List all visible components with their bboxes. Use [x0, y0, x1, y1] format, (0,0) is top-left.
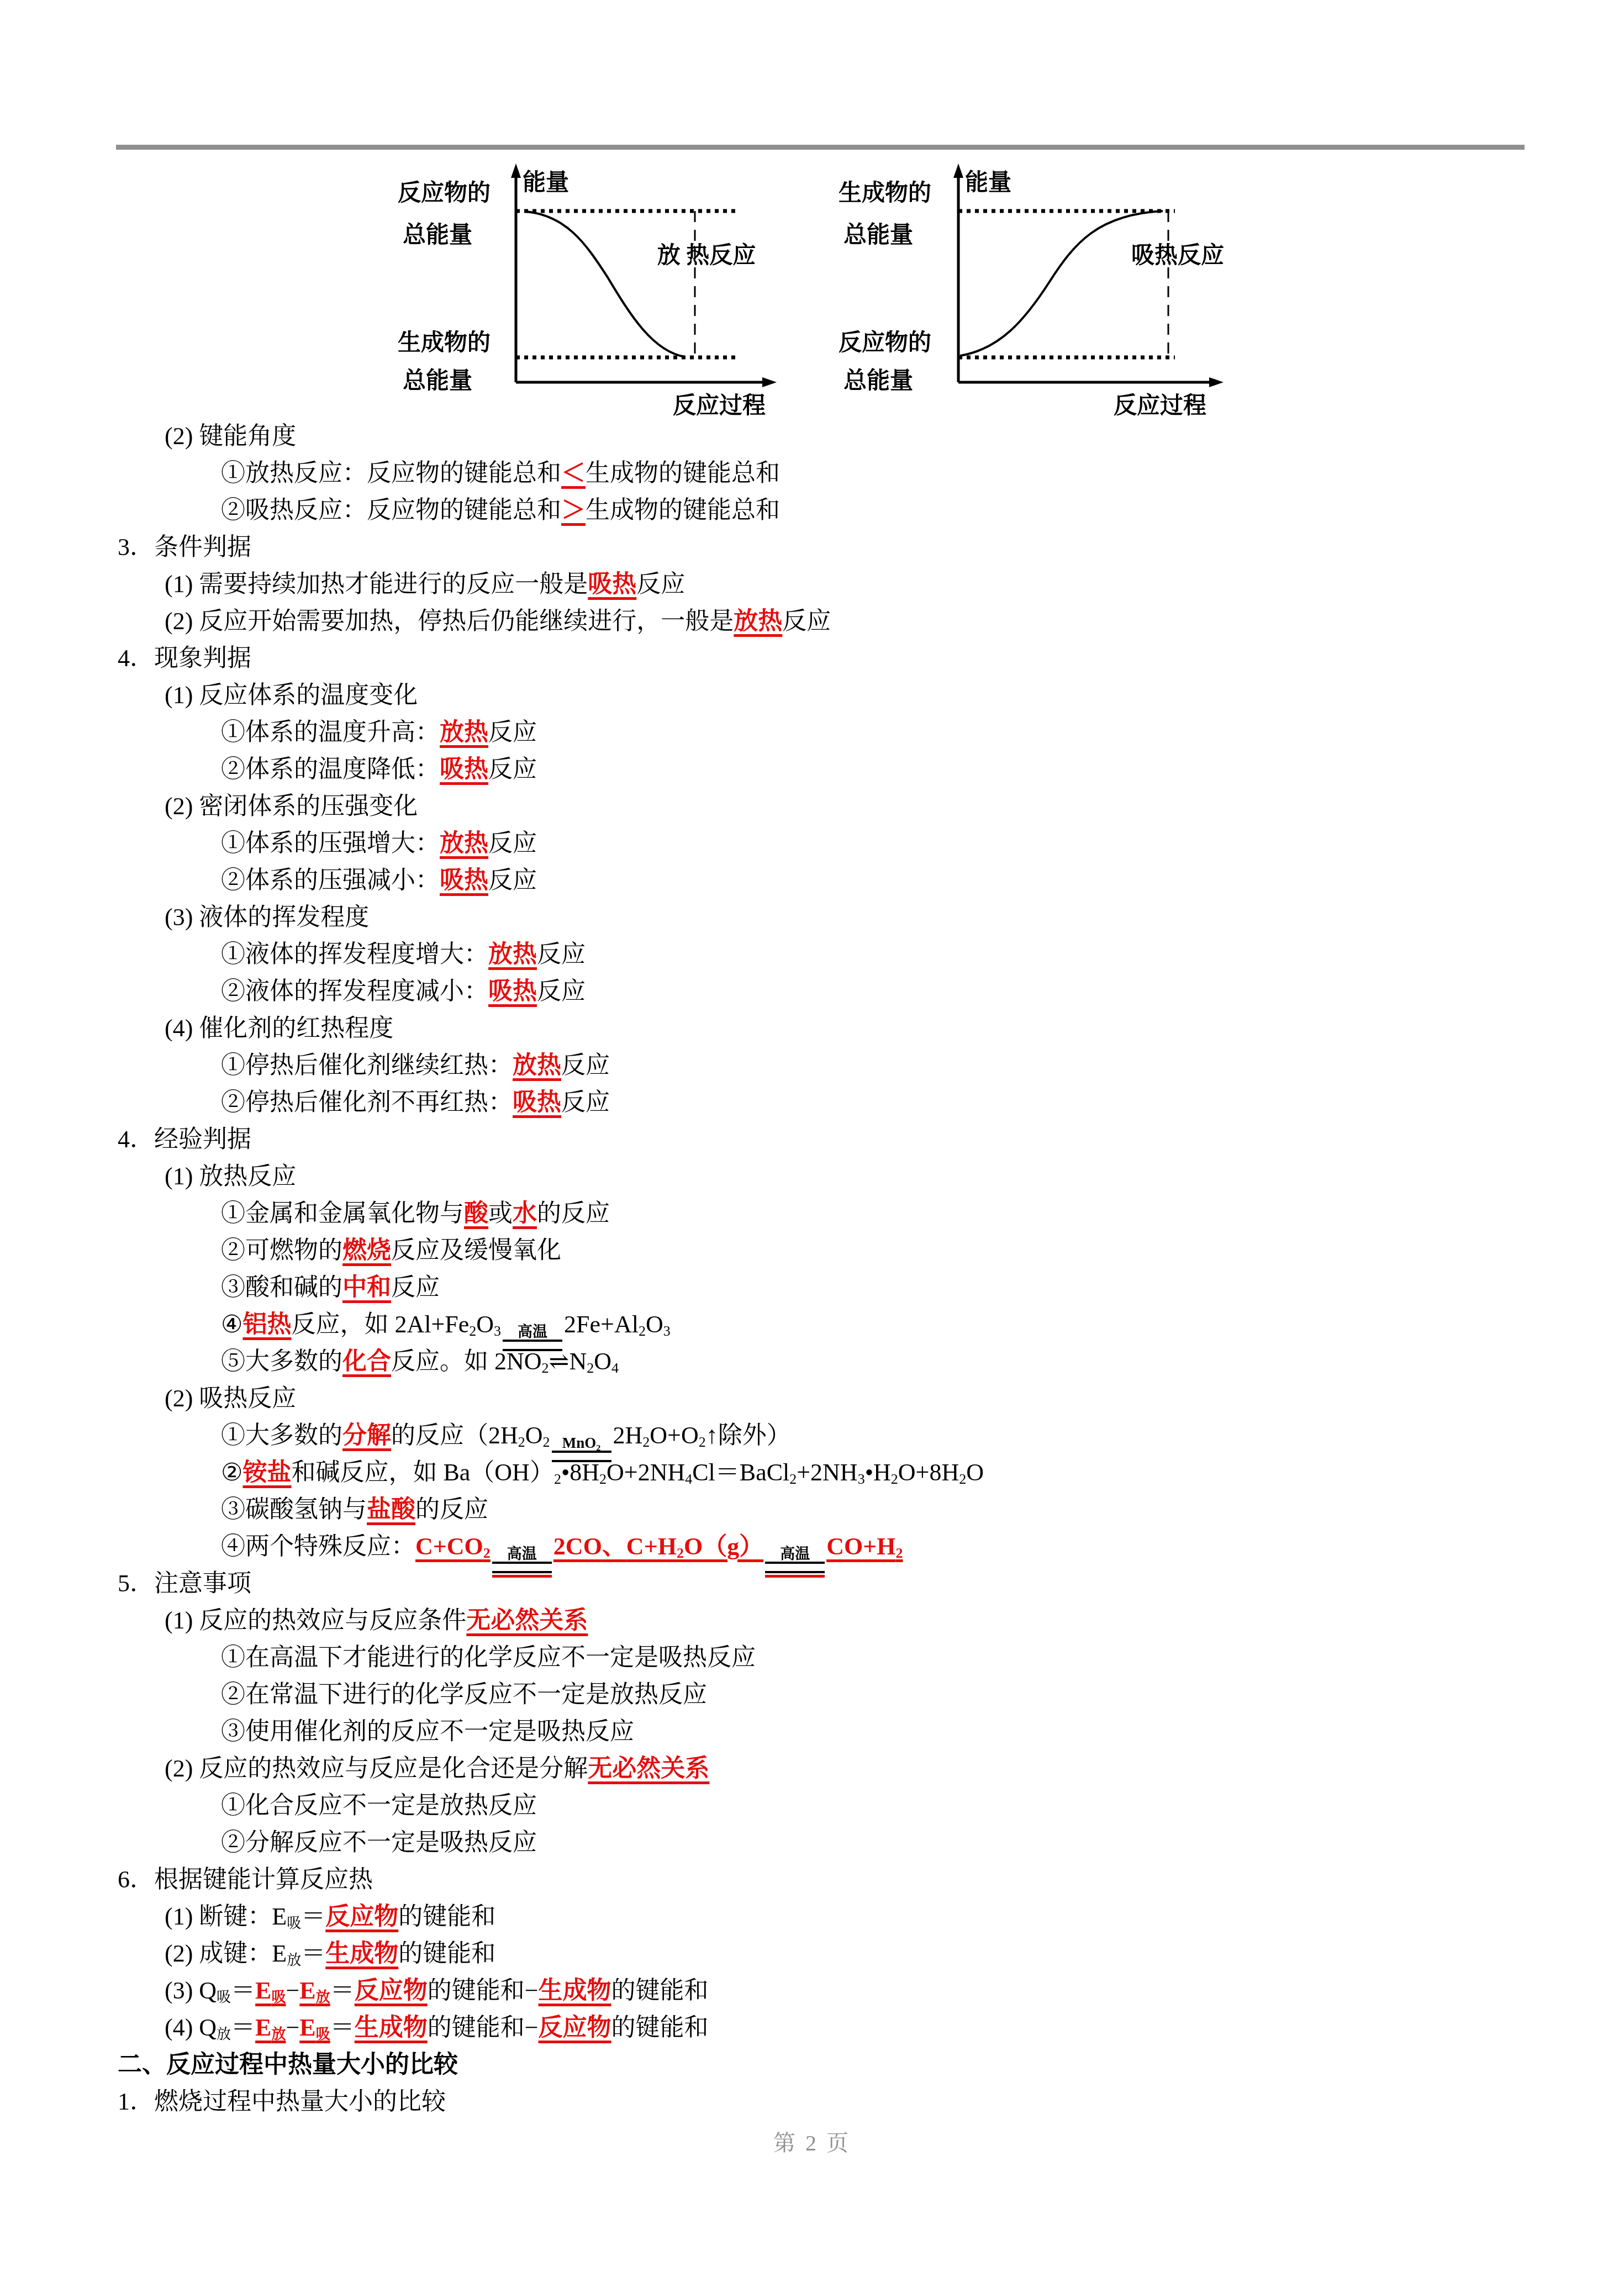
highlighted-term: 吸热 — [588, 571, 636, 598]
highlighted-term: E吸 — [299, 2014, 330, 2041]
text-run: 2Fe+Al — [564, 1311, 639, 1338]
text-run: ②可燃物的 — [221, 1237, 342, 1264]
highlighted-term: C+CO2 — [415, 1533, 491, 1560]
text-run: (4) 催化剂的红热程度 — [165, 1015, 393, 1042]
text-run: Cl＝BaCl — [692, 1459, 789, 1486]
exothermic-reaction-label: 放 热反应 — [657, 242, 756, 268]
text-run: CO+H — [826, 1533, 895, 1560]
text-run: 反应 — [561, 1089, 610, 1116]
content-line: ④两个特殊反应：C+CO2高温2CO、C+H2O（g）高温CO+H2 — [0, 1528, 1624, 1565]
products-total-energy-label-1: 生成物的 — [398, 330, 491, 356]
notes-body: (2) 键能角度①放热反应：反应物的键能总和＜生成物的键能总和②吸热反应：反应物… — [0, 418, 1624, 2120]
content-line: ①在高温下才能进行的化学反应不一定是吸热反应 — [0, 1639, 1624, 1676]
content-line: 二、反应过程中热量大小的比较 — [0, 2046, 1624, 2083]
content-line: (1) 放热反应 — [0, 1158, 1624, 1195]
reactants-total-energy-label-1: 反应物的 — [839, 330, 931, 356]
content-line: 1．燃烧过程中热量大小的比较 — [0, 2083, 1624, 2120]
text-run: 反应 — [782, 608, 831, 635]
document-page: 能量 反应物的 总能量 生成物的 总能量 放 热反应 反应过程 能量 生成物的 … — [0, 0, 1624, 2288]
text-run: ①放热反应：反应物的键能总和 — [221, 460, 561, 487]
reaction-process-label: 反应过程 — [1114, 393, 1206, 419]
text-run: O — [476, 1311, 494, 1338]
text-run: 反应，如 2Al+Fe — [291, 1311, 469, 1338]
text-run: 生成物的键能总和 — [586, 497, 780, 524]
highlighted-term: 、 — [602, 1533, 626, 1560]
text-run: 反应 — [488, 719, 537, 746]
highlighted-term: 盐酸 — [367, 1496, 415, 1523]
text-run: (2) 吸热反应 — [165, 1385, 296, 1412]
reaction-condition-over-equals: 高温 — [765, 1546, 825, 1578]
highlighted-term: 酸 — [464, 1200, 488, 1227]
text-run: ②在常温下进行的化学反应不一定是放热反应 — [221, 1681, 707, 1708]
highlighted-term: 生成物 — [539, 1977, 611, 2004]
page-number-footer: 第 2 页 — [0, 2126, 1624, 2157]
endothermic-energy-diagram: 能量 生成物的 总能量 反应物的 总能量 吸热反应 反应过程 — [839, 164, 1224, 419]
reactants-total-energy-label-1: 反应物的 — [398, 180, 491, 206]
text-run: − — [286, 2014, 299, 2041]
text-run: ⇌ — [549, 1348, 570, 1375]
content-line: ②体系的温度降低：吸热反应 — [0, 751, 1624, 788]
content-line: ③酸和碱的中和反应 — [0, 1269, 1624, 1306]
highlighted-term: 铝热 — [242, 1311, 291, 1338]
highlighted-term: 无必然关系 — [466, 1607, 588, 1634]
text-run: 和碱反应，如 Ba（OH） — [291, 1459, 553, 1486]
highlighted-term: 无必然关系 — [588, 1755, 709, 1782]
reactants-total-energy-label-2: 总能量 — [843, 367, 913, 394]
content-line: ②吸热反应：反应物的键能总和＞生成物的键能总和 — [0, 492, 1624, 529]
subscript: 吸 — [316, 2026, 330, 2042]
energy-diagrams: 能量 反应物的 总能量 生成物的 总能量 放 热反应 反应过程 能量 生成物的 … — [376, 160, 1326, 428]
content-line: 3．条件判据 — [0, 529, 1624, 566]
subscript: 2 — [554, 1471, 561, 1487]
text-run: 5．注意事项 — [118, 1570, 251, 1597]
text-run: +2NH — [797, 1459, 857, 1486]
content-line: 4．经验判据 — [0, 1121, 1624, 1158]
highlighted-term: CO+H2 — [826, 1533, 903, 1560]
text-run: ②体系的温度降低： — [221, 756, 440, 783]
text-run: ①大多数的 — [221, 1422, 342, 1449]
text-run: 反应 — [488, 867, 537, 894]
text-run: ③使用催化剂的反应不一定是吸热反应 — [221, 1718, 634, 1745]
content-line: ①体系的温度升高：放热反应 — [0, 714, 1624, 751]
text-run: ②停热后催化剂不再红热： — [221, 1089, 513, 1116]
subscript: 2 — [677, 1545, 684, 1561]
reaction-process-label: 反应过程 — [673, 393, 766, 419]
text-run: 或 — [488, 1200, 513, 1227]
exothermic-energy-diagram: 能量 反应物的 总能量 生成物的 总能量 放 热反应 反应过程 — [398, 164, 777, 419]
text-run: 反应。如 2NO — [391, 1348, 542, 1375]
text-run: (2) 反应的热效应与反应是化合还是分解 — [165, 1755, 588, 1782]
text-run: 反应 — [537, 941, 586, 968]
energy-curve-descending — [526, 212, 685, 357]
text-run: 反应 — [636, 571, 685, 598]
text-run: 的键能和− — [428, 2014, 539, 2041]
content-line: ①液体的挥发程度增大：放热反应 — [0, 936, 1624, 973]
content-line: 4．现象判据 — [0, 640, 1624, 677]
content-line: (4) 催化剂的红热程度 — [0, 1010, 1624, 1047]
subscript: 吸 — [287, 1915, 301, 1931]
text-run: ②吸热反应：反应物的键能总和 — [221, 497, 561, 524]
text-run: (1) 放热反应 — [165, 1163, 296, 1190]
text-run: E — [299, 2014, 315, 2041]
highlighted-term: E放 — [299, 1977, 330, 2004]
text-run: 6．根据键能计算反应热 — [118, 1866, 373, 1893]
x-axis-arrow-icon — [762, 377, 777, 387]
text-run: (1) 反应体系的温度变化 — [165, 682, 418, 709]
content-line: ②可燃物的燃烧反应及缓慢氧化 — [0, 1232, 1624, 1269]
subscript: 2 — [543, 1434, 550, 1450]
content-line: (1) 反应的热效应与反应条件无必然关系 — [0, 1602, 1624, 1639]
highlighted-term: 放热 — [734, 608, 782, 635]
text-run: 2H — [613, 1422, 643, 1449]
highlighted-term: 中和 — [342, 1274, 391, 1301]
highlighted-term: 吸热 — [440, 756, 488, 783]
products-total-energy-label-2: 总能量 — [843, 222, 913, 248]
content-line: ①体系的压强增大：放热反应 — [0, 825, 1624, 862]
text-run: (1) 反应的热效应与反应条件 — [165, 1607, 466, 1634]
endothermic-reaction-label: 吸热反应 — [1131, 242, 1224, 268]
content-line: ④铝热反应，如 2Al+Fe2O3高温2Fe+Al2O3 — [0, 1306, 1624, 1343]
text-run: O+2NH — [607, 1459, 685, 1486]
subscript: 2 — [483, 1545, 491, 1561]
text-run: ①体系的温度升高： — [221, 719, 440, 746]
text-run: O — [525, 1422, 543, 1449]
text-run: ①液体的挥发程度增大： — [221, 941, 488, 968]
text-run: O — [966, 1459, 984, 1486]
text-run: 的键能和 — [611, 1977, 709, 2004]
text-run: ③碳酸氢钠与 — [221, 1496, 367, 1523]
content-line: (2) 密闭体系的压强变化 — [0, 788, 1624, 825]
text-run: O+8H — [898, 1459, 959, 1486]
text-run: 的反应 — [537, 1200, 610, 1227]
text-run: (3) Q — [165, 1977, 217, 2004]
y-axis-arrow-icon — [511, 164, 521, 178]
content-line: ①金属和金属氧化物与酸或水的反应 — [0, 1195, 1624, 1232]
products-total-energy-label-1: 生成物的 — [839, 180, 931, 206]
text-run: (2) 密闭体系的压强变化 — [165, 793, 418, 820]
highlighted-term: 铵盐 — [242, 1459, 291, 1486]
content-line: ②铵盐和碱反应，如 Ba（OH）2•8H2O+2NH4Cl＝BaCl2+2NH3… — [0, 1454, 1624, 1491]
text-run: ①在高温下才能进行的化学反应不一定是吸热反应 — [221, 1644, 756, 1671]
text-run: 生成物的键能总和 — [586, 460, 780, 487]
text-run: E — [255, 2014, 271, 2041]
highlighted-term: 放热 — [440, 719, 488, 746]
content-line: (4) Q放＝E放−E吸＝生成物的键能和−反应物的键能和 — [0, 2009, 1624, 2046]
text-run: ①体系的压强增大： — [221, 830, 440, 857]
highlighted-term: 分解 — [342, 1422, 391, 1449]
highlighted-term: ＜ — [561, 460, 586, 487]
subscript: 2 — [518, 1434, 525, 1450]
content-line: (1) 需要持续加热才能进行的反应一般是吸热反应 — [0, 566, 1624, 603]
text-run: ②体系的压强减小： — [221, 867, 440, 894]
text-run: O — [646, 1311, 663, 1338]
content-line: ②分解反应不一定是吸热反应 — [0, 1824, 1624, 1861]
double-line-equals — [765, 1562, 825, 1573]
text-run: O — [594, 1348, 611, 1375]
subscript: 放 — [316, 1989, 330, 2005]
text-run: (2) 反应开始需要加热，停热后仍能继续进行，一般是 — [165, 608, 734, 635]
text-run: ＝ — [330, 1977, 355, 2004]
text-run: ⑤大多数的 — [221, 1348, 342, 1375]
text-run: 的反应 — [415, 1496, 488, 1523]
text-run: 反应 — [488, 830, 537, 857]
energy-curve-ascending — [960, 211, 1163, 356]
text-run: ③酸和碱的 — [221, 1274, 342, 1301]
text-run: 的键能和− — [428, 1977, 539, 2004]
text-run: 的反应（2H — [391, 1422, 518, 1449]
content-line: ②体系的压强减小：吸热反应 — [0, 862, 1624, 899]
highlighted-term: 放热 — [513, 1052, 561, 1079]
text-run: ④两个特殊反应： — [221, 1533, 415, 1560]
content-line: (2) 吸热反应 — [0, 1380, 1624, 1417]
subscript: 4 — [611, 1360, 619, 1376]
subscript: 吸 — [217, 1989, 231, 2005]
content-line: ③碳酸氢钠与盐酸的反应 — [0, 1491, 1624, 1528]
reaction-condition-over-equals: 高温 — [492, 1546, 552, 1578]
condition-label: 高温 — [492, 1546, 552, 1562]
highlighted-term: 吸热 — [513, 1089, 561, 1116]
subscript: 放 — [287, 1952, 301, 1968]
content-line: ①化合反应不一定是放热反应 — [0, 1787, 1624, 1824]
highlighted-term: 放热 — [488, 941, 537, 968]
highlighted-term: 化合 — [342, 1348, 391, 1375]
energy-axis-label: 能量 — [523, 169, 569, 196]
x-axis-arrow-icon — [1209, 377, 1224, 387]
text-run: (1) 断键：E — [165, 1903, 287, 1930]
content-line: (3) Q吸＝E吸−E放＝反应物的键能和−生成物的键能和 — [0, 1972, 1624, 2009]
highlighted-term: 反应物 — [539, 2014, 611, 2041]
text-run: ＝ — [231, 1977, 255, 2004]
text-run: O+O — [650, 1422, 698, 1449]
text-run: E — [299, 1977, 315, 2004]
text-run: C+CO — [415, 1533, 483, 1560]
subscript: 2 — [959, 1471, 966, 1487]
text-run: 反应 — [537, 978, 586, 1005]
text-run: ②分解反应不一定是吸热反应 — [221, 1829, 537, 1856]
energy-axis-label: 能量 — [965, 169, 1011, 196]
subscript: 2 — [599, 1471, 607, 1487]
text-run: 反应 — [488, 756, 537, 783]
content-line: ①停热后催化剂继续红热：放热反应 — [0, 1047, 1624, 1084]
content-line: ②液体的挥发程度减小：吸热反应 — [0, 973, 1624, 1010]
subscript: 2 — [639, 1323, 646, 1339]
highlighted-term: 水 — [513, 1200, 537, 1227]
text-run: (3) 液体的挥发程度 — [165, 904, 369, 931]
text-run: ①化合反应不一定是放热反应 — [221, 1792, 537, 1819]
highlighted-term: E吸 — [255, 1977, 286, 2004]
content-line: (1) 断键：E吸＝反应物的键能和 — [0, 1898, 1624, 1935]
subscript: 2 — [469, 1323, 476, 1339]
content-line: ③使用催化剂的反应不一定是吸热反应 — [0, 1713, 1624, 1750]
text-run: (4) Q — [165, 2014, 217, 2041]
content-line: ②在常温下进行的化学反应不一定是放热反应 — [0, 1676, 1624, 1713]
subscript: 放 — [217, 2026, 231, 2042]
text-run: (1) 需要持续加热才能进行的反应一般是 — [165, 571, 588, 598]
text-run: (2) 成键：E — [165, 1940, 287, 1967]
text-run: ＝ — [301, 1903, 325, 1930]
text-run: 1．燃烧过程中热量大小的比较 — [118, 2088, 446, 2115]
text-run: O（g） — [684, 1533, 763, 1560]
content-line: (2) 成键：E放＝生成物的键能和 — [0, 1935, 1624, 1972]
highlighted-term: 放热 — [440, 830, 488, 857]
highlighted-term: C+H2O（g） — [626, 1533, 763, 1560]
condition-label: 高温 — [503, 1324, 562, 1340]
text-run: N — [569, 1348, 587, 1375]
double-line-equals — [492, 1562, 552, 1573]
text-run: (2) 键能角度 — [165, 423, 296, 450]
content-line: (2) 反应开始需要加热，停热后仍能继续进行，一般是放热反应 — [0, 603, 1624, 640]
content-line: ②停热后催化剂不再红热：吸热反应 — [0, 1084, 1624, 1121]
content-line: ①大多数的分解的反应（2H2O2MnO₂2H2O+O2↑除外） — [0, 1417, 1624, 1454]
text-run: 反应 — [391, 1274, 440, 1301]
highlighted-term: 吸热 — [488, 978, 537, 1005]
subscript: 3 — [858, 1471, 865, 1487]
condition-label: 高温 — [765, 1546, 825, 1562]
text-run: E — [255, 1977, 271, 2004]
highlighted-term: 生成物 — [355, 2014, 428, 2041]
text-run: ＝ — [330, 2014, 355, 2041]
subscript: 放 — [271, 2026, 286, 2042]
reactants-total-energy-label-2: 总能量 — [403, 222, 472, 248]
condition-label: MnO₂ — [552, 1435, 611, 1451]
text-run: ＝ — [231, 2014, 255, 2041]
highlighted-term: 反应物 — [355, 1977, 428, 2004]
text-run: ② — [221, 1459, 242, 1486]
content-line: (2) 键能角度 — [0, 418, 1624, 455]
text-run: 反应及缓慢氧化 — [391, 1237, 561, 1264]
content-line: ①放热反应：反应物的键能总和＜生成物的键能总和 — [0, 455, 1624, 492]
y-axis-arrow-icon — [953, 164, 963, 178]
text-run: ①金属和金属氧化物与 — [221, 1200, 464, 1227]
text-run: 二、反应过程中热量大小的比较 — [118, 2051, 458, 2078]
subscript: 3 — [494, 1323, 501, 1339]
highlighted-term: 燃烧 — [342, 1237, 391, 1264]
text-run: 的键能和 — [398, 1903, 495, 1930]
products-total-energy-label-2: 总能量 — [403, 367, 472, 394]
highlighted-term: E放 — [255, 2014, 286, 2041]
subscript: 2 — [891, 1471, 898, 1487]
subscript: 2 — [587, 1360, 594, 1376]
text-run: ④ — [221, 1311, 242, 1338]
content-line: 6．根据键能计算反应热 — [0, 1861, 1624, 1898]
text-run: •8H — [561, 1459, 599, 1486]
text-run: ＝ — [301, 1940, 325, 1967]
text-run: 4．现象判据 — [118, 645, 251, 672]
highlighted-term: 反应物 — [325, 1903, 398, 1930]
text-run: 4．经验判据 — [118, 1126, 251, 1153]
text-run: 的键能和 — [398, 1940, 495, 1967]
highlighted-term: 吸热 — [440, 867, 488, 894]
text-run: ↑除外） — [706, 1422, 791, 1449]
text-run: 的键能和 — [611, 2014, 709, 2041]
text-run: ①停热后催化剂继续红热： — [221, 1052, 513, 1079]
highlighted-term: ＞ — [561, 497, 586, 524]
subscript: 2 — [542, 1360, 549, 1376]
text-run: •H — [865, 1459, 891, 1486]
header-divider-rule — [116, 145, 1525, 150]
subscript: 2 — [895, 1545, 903, 1561]
subscript: 2 — [789, 1471, 797, 1487]
text-run: 3．条件判据 — [118, 534, 251, 561]
text-run: − — [286, 1977, 299, 2004]
subscript: 3 — [663, 1323, 671, 1339]
content-line: (2) 反应的热效应与反应是化合还是分解无必然关系 — [0, 1750, 1624, 1787]
subscript: 吸 — [271, 1989, 286, 2005]
subscript: 2 — [642, 1434, 650, 1450]
content-line: ⑤大多数的化合反应。如 2NO2⇌N2O4 — [0, 1343, 1624, 1380]
content-line: (3) 液体的挥发程度 — [0, 899, 1624, 936]
highlighted-term: 生成物 — [325, 1940, 398, 1967]
highlighted-term: 2CO — [553, 1533, 602, 1560]
content-line: (1) 反应体系的温度变化 — [0, 677, 1624, 714]
text-run: C+H — [626, 1533, 677, 1560]
text-run: 反应 — [561, 1052, 610, 1079]
text-run: ②液体的挥发程度减小： — [221, 978, 488, 1005]
subscript: 4 — [685, 1471, 692, 1487]
subscript: 2 — [699, 1434, 706, 1450]
